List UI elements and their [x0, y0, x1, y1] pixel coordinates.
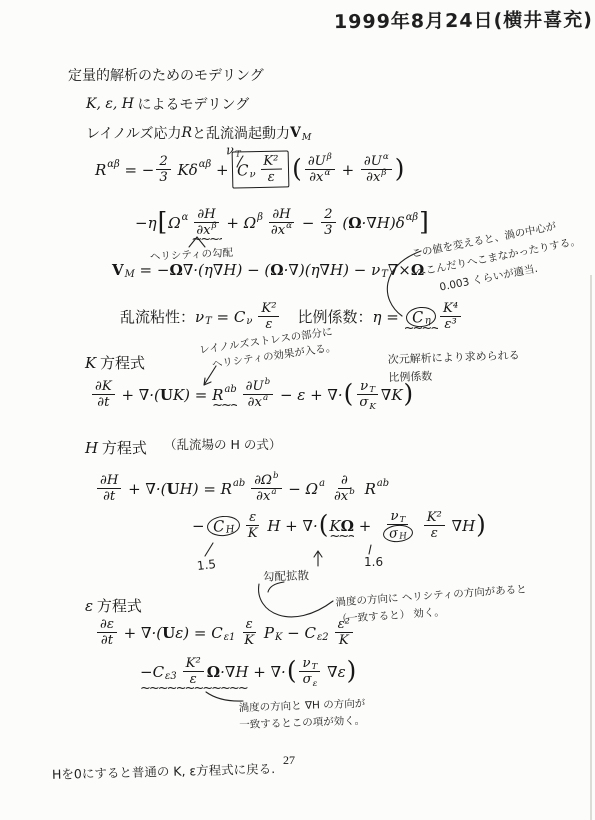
eq-token: ε²K	[335, 617, 353, 648]
eq-token: (	[287, 660, 297, 682]
eq-token: η	[424, 315, 431, 326]
eq-token: ε3	[165, 671, 177, 682]
scanned-note-page: { "page": { "date_note": "1999年8月24日(横井喜…	[0, 0, 595, 820]
eq-token: U	[160, 386, 173, 404]
eq-token: ab	[377, 478, 389, 489]
eq-token: ∂H	[272, 207, 290, 222]
eq-token: R	[360, 480, 376, 498]
eq-token: α	[324, 168, 330, 178]
eq-token: − Ω	[284, 480, 319, 498]
eq-token: εK	[245, 510, 261, 541]
eq-token: + ∇·(	[119, 624, 162, 642]
eq-token: a	[263, 393, 268, 403]
eq-token: ∂∂xb	[331, 473, 358, 504]
eq-token: K	[329, 517, 340, 535]
eq-token: ∂K∂t	[92, 379, 115, 410]
eq-token: ab	[224, 384, 236, 395]
grad-diff-arrow	[314, 551, 322, 566]
eq-token: 23	[156, 154, 170, 185]
eq-token: ∇H	[447, 517, 475, 535]
scan-artifact	[590, 275, 592, 820]
eq-token: σ	[388, 526, 398, 542]
eq-token: C	[411, 308, 424, 327]
note-h-equation-remark: （乱流場の H の式）	[164, 435, 281, 456]
eq-token: ∂t	[103, 489, 115, 504]
eq-token: b	[273, 471, 279, 481]
eq-token: 方程式	[93, 595, 142, 616]
eq-token: ∇·(η∇H) − (	[183, 261, 270, 279]
eq-token: ab	[233, 478, 245, 489]
eq-token: a	[263, 393, 268, 403]
eq-token: )	[404, 383, 414, 405]
eq-token: ∂ε	[100, 617, 114, 632]
eq-token: σ	[359, 395, 368, 410]
eq-token: U	[167, 480, 180, 498]
eq-token: σH	[382, 524, 413, 544]
eq-token: αβ	[107, 159, 119, 170]
eq-token: 2	[324, 207, 332, 222]
page-number: 27	[283, 753, 295, 768]
eq-token: ∂U	[308, 154, 326, 169]
eq-token: b	[349, 487, 355, 497]
eq-token: ε	[190, 672, 197, 687]
note-ch-value: 1.5	[196, 555, 217, 577]
eq-reynolds-stress-line1: Rαβ = −23 Kδαβ +CνK²ε(∂Uβ∂xα + ∂Uα∂xβ)	[95, 151, 405, 188]
note-gradient-diffusion: 勾配拡散	[263, 566, 310, 587]
eq-token: K	[85, 354, 96, 372]
eq-token: ε3	[165, 671, 177, 682]
eq-token: M	[125, 269, 135, 280]
eq-token: ε	[246, 617, 253, 632]
eq-token: 乱流粘性：	[120, 306, 195, 327]
eq-token: 方程式	[96, 352, 145, 373]
eq-token: H	[399, 532, 407, 543]
eq-token: ε1	[224, 632, 236, 643]
eq-token: V	[112, 261, 124, 279]
eq-token: V	[290, 125, 301, 141]
eq-token: ν	[249, 169, 255, 180]
eq-token: b	[265, 377, 271, 387]
label-h-equation: H 方程式	[85, 437, 147, 458]
ch-value-line	[205, 543, 213, 556]
eq-token: νTσH	[378, 509, 418, 542]
eq-token: α	[324, 168, 330, 178]
eq-token: (	[292, 158, 302, 180]
eq-token: ε	[249, 510, 256, 525]
eq-token: +	[337, 161, 359, 179]
eq-token: H + ∇·	[263, 517, 318, 535]
eq-token: H	[399, 532, 407, 543]
eq-token: εK	[241, 617, 257, 648]
eq-token: ∂Uβ∂xα	[305, 154, 335, 185]
eq-token: 3	[159, 170, 167, 185]
eq-token: ε	[265, 317, 272, 332]
eq-token: ν	[246, 316, 252, 327]
eq-token: Ω	[168, 214, 180, 232]
page-title: 定量的解析のためのモデリング	[68, 65, 264, 85]
eq-token: T	[235, 147, 242, 162]
eq-token: K⁴	[443, 301, 458, 316]
eq-token: ε	[313, 679, 318, 689]
eq-token: β	[257, 212, 263, 223]
eq-token: T	[369, 385, 375, 395]
eq-token: KΩ	[329, 517, 354, 535]
eq-token: K²ε	[258, 301, 279, 332]
eq-token: )	[347, 660, 357, 682]
eq-token: K²	[186, 656, 201, 671]
eq-token: K²	[427, 510, 442, 525]
eq-token: = C	[212, 308, 246, 326]
eq-token: T	[381, 269, 388, 280]
eq-reynolds-stress-line2: −η[Ωα∂H∂xβ + Ωβ∂H∂xα − 23 (Ω·∇H)δαβ]	[135, 207, 430, 238]
eq-token: ε1	[224, 632, 236, 643]
eq-token: ε	[85, 597, 93, 615]
eq-epsilon-line1: ∂ε∂t + ∇·(Uε) = Cε1εK PK − Cε2ε²K	[95, 617, 355, 648]
eq-token: Rab	[212, 386, 237, 404]
eq-vortexmotive-force: VM = −Ω∇·(η∇H) − (Ω·∇)(η∇H) − νT∇×Ω	[112, 261, 424, 279]
eq-token: a	[319, 478, 325, 489]
label-epsilon-equation: ε 方程式	[85, 595, 142, 616]
eq-token: σ	[303, 672, 312, 687]
eq-token: K	[275, 632, 282, 643]
eq-token: 3	[324, 223, 332, 238]
eq-token: M	[125, 269, 135, 280]
eq-token: 23	[321, 207, 335, 238]
eq-token: − C	[282, 624, 316, 642]
eq-token: T	[205, 316, 212, 327]
eq-token: Kδ	[173, 161, 198, 179]
eq-token: K	[275, 632, 282, 643]
eq-token: CH	[206, 514, 241, 537]
eq-token: β	[381, 168, 386, 178]
eq-token: αβ	[199, 159, 211, 170]
eq-token: + Ω	[222, 214, 257, 232]
eq-token: ∂H	[100, 473, 118, 488]
eq-token: 2	[159, 154, 167, 169]
eq-token: a	[319, 478, 325, 489]
note-change-value: この値を変えると、渦の中心が へこんだりへこまなかったりする。 0.003 くら…	[410, 213, 586, 301]
eq-token: T	[312, 662, 318, 672]
eq-token: 比例係数：	[297, 306, 372, 327]
eq-token: β	[257, 212, 263, 223]
eq-token: ε	[431, 526, 438, 541]
eq-token: Ω	[270, 261, 283, 279]
eq-token: T	[312, 662, 318, 672]
eq-token: C	[212, 517, 225, 536]
eq-token: ∂K	[95, 379, 112, 394]
eq-token: ∂x	[366, 170, 380, 185]
eq-token: − ε + ∇·	[275, 386, 343, 404]
eq-token: ∂Ω	[254, 473, 272, 488]
eq-token: α	[286, 221, 292, 231]
eq-token: ]	[419, 211, 429, 233]
eq-token: ∂ε∂t	[97, 617, 117, 648]
eq-token: ν	[302, 656, 310, 671]
reynolds-stress-heading: レイノルズ応力Rと乱流渦起動力VM	[86, 123, 311, 143]
eq-token: R	[95, 161, 106, 179]
eq-token: 方程式	[98, 437, 147, 458]
note-gradh-direction: 渦度の方向と ∇H の方向が 一致するとこの項が効く。	[238, 696, 366, 735]
eq-token: によるモデリング	[134, 94, 249, 114]
eq-token: )	[476, 514, 486, 536]
eq-token: ∂H∂t	[97, 473, 121, 504]
eq-token: ∂Ωb∂xa	[251, 473, 281, 504]
eq-token: H) = R	[180, 480, 232, 498]
eq-token: K²ε	[260, 154, 282, 186]
eq-token: ∂H∂xα	[268, 207, 295, 238]
eq-token: (	[319, 514, 329, 536]
eq-token: (	[344, 383, 354, 405]
eq-token: レイノルズ応力	[86, 123, 181, 143]
eq-token: −	[192, 517, 205, 535]
subtitle: K, ε, H によるモデリング	[86, 94, 249, 114]
eq-token: η =	[373, 308, 404, 326]
eq-token: Cη	[404, 307, 438, 327]
eq-token: β	[212, 221, 217, 231]
eq-token: −C	[140, 663, 164, 681]
eq-token: Ω	[207, 663, 220, 681]
eq-token: ·∇)(η∇H) − ν	[284, 261, 381, 279]
eq-epsilon-line2: −Cε3K²εΩ·∇H + ∇·(νTσε ∇ε)	[140, 656, 357, 687]
eq-token: +	[211, 161, 228, 179]
eq-h-line1: ∂H∂t + ∇·(UH) = Rab∂Ωb∂xa − Ωa∂∂xb Rab	[95, 473, 389, 504]
eq-token: νTσε	[299, 656, 320, 687]
eq-token: Ω	[341, 517, 354, 535]
eq-token: ∇K	[381, 386, 403, 404]
eq-token: ∂x	[309, 170, 323, 185]
eq-token: β	[212, 221, 217, 231]
eq-token: ∂x	[334, 489, 348, 504]
eq-token: Cη	[405, 305, 437, 328]
date-note: 1999年8月24日(横井喜充)	[334, 5, 593, 39]
eq-token: K²	[261, 301, 276, 316]
note-vorticity-helicity: 渦度の方向に ヘリシティの方向があると （一致すると） 効く。	[335, 581, 528, 629]
eq-token: H	[225, 524, 235, 536]
eq-token: ∂t	[97, 395, 109, 410]
eq-turbulent-viscosity: 乱流粘性：νT = CνK²ε比例係数：η = CηK⁴ε³	[120, 301, 463, 332]
eq-token: H	[225, 524, 235, 536]
eq-token: C	[236, 161, 248, 179]
eq-token: K, ε, H	[86, 96, 134, 112]
eq-token: β	[381, 168, 386, 178]
eq-token: [	[158, 211, 168, 233]
eq-token: −	[297, 214, 319, 232]
eq-token: = −	[120, 161, 155, 179]
eq-token: ∂x	[271, 223, 285, 238]
eq-token: ∂x	[196, 223, 210, 238]
eq-token: Ω	[169, 261, 182, 279]
eq-token: K⁴ε³	[440, 301, 461, 332]
eq-token: ε2	[317, 632, 329, 643]
eq-token: −η	[135, 214, 157, 232]
eq-token: ν	[390, 509, 398, 524]
eq-token: Ω	[348, 214, 361, 232]
eq-token: ∇ε	[322, 663, 345, 681]
eq-token: β	[327, 152, 332, 162]
eq-token: (	[338, 214, 349, 232]
label-k-equation: K 方程式	[85, 352, 145, 373]
eq-token: + ∇·(	[123, 480, 166, 498]
eq-token: )	[395, 158, 405, 180]
eq-token: T	[381, 269, 388, 280]
eq-k: ∂K∂t + ∇·(UK) = Rab∂Ub∂xa − ε + ∇·(νTσK∇…	[90, 379, 414, 410]
eq-token: ab	[377, 478, 389, 489]
eq-token: νTσK	[356, 379, 379, 410]
eq-token: αβ	[107, 159, 119, 170]
eq-token: T	[205, 316, 212, 327]
eq-token: ε2	[317, 632, 329, 643]
note-h-zero-remark: Hを0にすると普通の K, ε方程式に戻る.	[52, 759, 276, 785]
eq-token: ·∇H	[220, 663, 248, 681]
eq-token: K²ε	[424, 510, 445, 541]
eq-token: ∂H	[197, 207, 215, 222]
eq-token: K	[369, 402, 376, 412]
eq-token: K	[339, 633, 349, 648]
eq-token: −Cε3K²εΩ·∇H	[140, 656, 248, 687]
eq-token: = −	[135, 261, 170, 279]
eq-token: ν	[225, 140, 234, 162]
eq-token: K	[244, 633, 254, 648]
eq-token: ab	[224, 384, 236, 395]
eq-token: T	[369, 385, 375, 395]
eq-token: ∂Uα∂xβ	[361, 154, 392, 185]
eq-token: K) =	[173, 386, 212, 404]
eq-token: α	[182, 212, 189, 223]
eq-token: β	[327, 152, 332, 162]
eq-token: ε	[267, 170, 274, 185]
eq-token: αβ	[199, 159, 211, 170]
note-nu-t: νT	[225, 140, 241, 162]
eq-token: ·∇H)δ	[362, 214, 405, 232]
eq-token: αβ	[406, 212, 418, 223]
eq-token: αβ	[406, 212, 418, 223]
eq-token: ∂t	[101, 633, 113, 648]
vorticity-note-swoosh	[259, 584, 333, 617]
eq-token: ε	[313, 679, 318, 689]
eq-token: ν	[249, 169, 255, 180]
eq-token: K	[369, 402, 376, 412]
eq-token: ∇×	[388, 261, 411, 279]
eq-token: K²ε	[183, 656, 204, 687]
eq-token: ∂x	[248, 395, 262, 410]
eq-token: R	[212, 386, 223, 404]
note-sigmah-value: 1.6	[364, 553, 383, 573]
eq-token: ε³	[444, 317, 456, 332]
eq-token: b	[273, 471, 279, 481]
eq-token: と乱流渦起動力	[192, 123, 290, 143]
eq-token: a	[271, 487, 276, 497]
eq-token: P	[259, 624, 274, 642]
eq-token: ν	[246, 316, 252, 327]
eq-token: ε²	[338, 617, 350, 632]
eq-h-line2: −CHεK H + ∇·(KΩ + νTσHK²ε ∇H)	[192, 509, 487, 542]
eq-token: b	[349, 487, 355, 497]
eq-token: ∂U	[246, 379, 264, 394]
eq-token: K	[248, 526, 258, 541]
eq-token: ∂H∂xβ	[191, 207, 221, 238]
eq-token: b	[265, 377, 271, 387]
eq-token: + ∇·(	[117, 386, 160, 404]
eq-token: +	[354, 517, 376, 535]
eq-token: α	[182, 212, 189, 223]
eq-token: ∂x	[256, 489, 270, 504]
eq-token: T	[235, 147, 242, 162]
eq-token: a	[271, 487, 276, 497]
eq-token: ε) = C	[175, 624, 222, 642]
eq-token: R	[181, 125, 192, 141]
eq-token: α	[383, 152, 389, 162]
eq-token: ∂U	[364, 154, 382, 169]
eq-token: U	[162, 624, 175, 642]
eq-token: ∂H∂xβ	[193, 207, 219, 238]
eq-token: + ∇·	[248, 663, 285, 681]
eq-token: ab	[233, 478, 245, 489]
eq-token: H	[85, 439, 98, 457]
eq-token: α	[383, 152, 389, 162]
eq-token: α	[286, 221, 292, 231]
eq-token: η	[424, 315, 431, 326]
eq-token: ∂	[341, 473, 348, 488]
eq-token: ∂Ub∂xa	[243, 379, 274, 410]
eq-token: M	[302, 132, 311, 143]
eq-token: K²	[263, 154, 278, 169]
eq-token: ν	[195, 308, 204, 326]
eq-token: ν	[360, 379, 368, 394]
eq-token: M	[302, 132, 311, 143]
